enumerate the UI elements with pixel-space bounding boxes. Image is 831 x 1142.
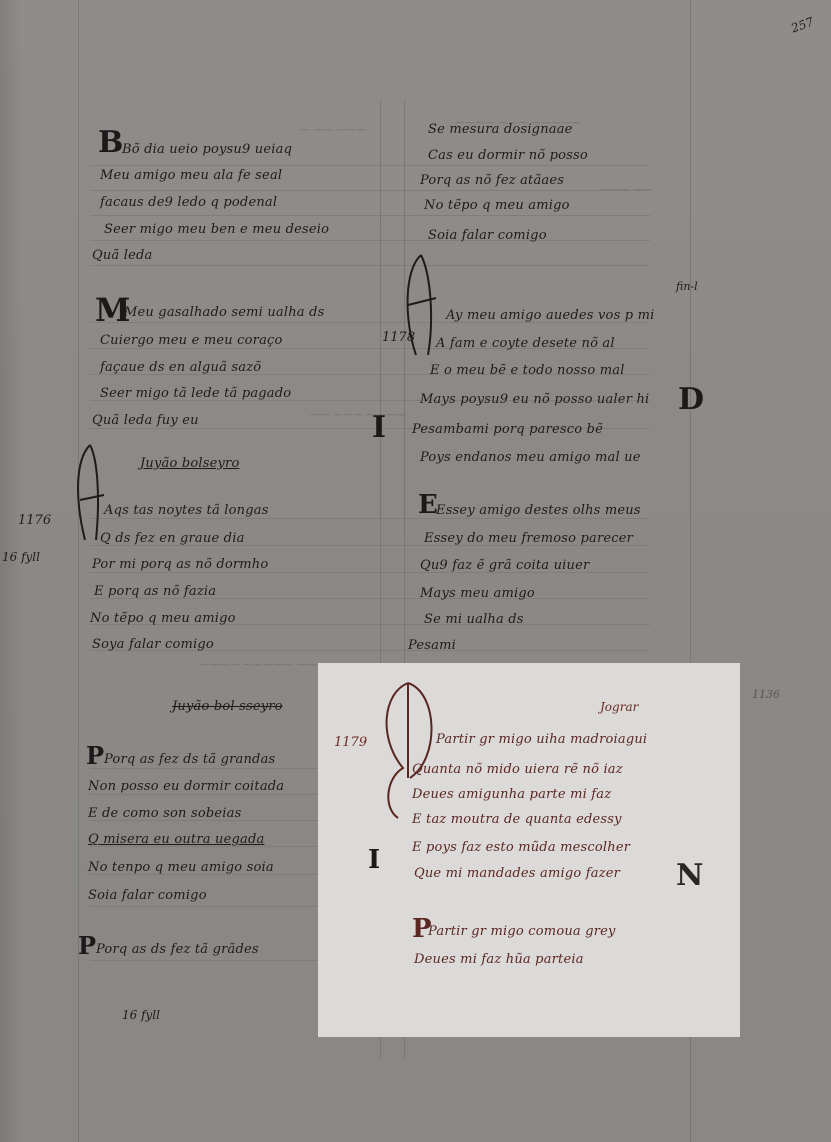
poem-line: Non posso eu dormir coitada [88,779,284,794]
poem-line: Seer migo meu ben e meu deseio [104,222,329,237]
poem-line: Deues mi faz hũa parteia [414,952,584,967]
poem-line: E de como son sobeias [88,806,241,821]
ruling-line [90,518,650,519]
poem-line: Cuiergo meu e meu coraço [100,333,283,348]
poem-line: No tenpo q meu amigo soia [88,860,274,875]
poem-line: Por mi porq as nõ dormho [92,557,268,572]
poem-line: No tẽpo q meu amigo [90,611,236,626]
poem-line: Quanta nõ mido uiera rẽ nõ iaz [412,762,623,777]
initial-P: P [86,744,104,768]
poem-line: Aqs tas noytes tã longas [104,503,269,518]
initial-B: B [98,128,123,158]
ruling-line [90,240,650,241]
poem-line: Q ds fez en graue dia [100,531,245,546]
poem-line: E poys faz esto mũda mescolher [412,840,630,855]
bleed-through-text: ⁓⁓ ⁓⁓⁓ ⁓⁓⁓⁓ [310,410,406,421]
poem-line: Seer migo tã lede tã pagado [100,386,291,401]
poem-line: Mays meu amigo [420,586,535,601]
poem-line: Que mi mandades amigo fazer [414,866,620,881]
bleed-through-text: ⁓⁓⁓⁓ ⁓⁓⁓⁓⁓ ⁓⁓⁓ [200,660,326,671]
poem-line: Bõ dia ueio poysu9 ueiaq [122,142,292,157]
margin-note: 16 fyll [2,550,40,564]
ruling-line [90,190,650,191]
poem-line: Q misera eu outra uegada [88,832,264,847]
poem-line: Qu9 faz ẽ grã coita uiuer [420,558,589,573]
initial-P: P [78,934,96,958]
poem-number: 1179 [334,735,367,750]
decorated-initial-P [378,678,438,828]
footer-note: 16 fyll [122,1008,160,1022]
poem-line: Pesami [408,638,456,653]
ruling-line [90,165,650,166]
margin-initial-N: N [676,858,703,893]
initial-E: E [418,492,438,518]
poem-line: Partir gr migo uiha madroiagui [436,732,647,747]
poem-line: facaus de9 ledo q podenal [100,195,277,210]
poem-line: E taz moutra de quanta edessy [412,812,622,827]
margin-note: Jograr [600,700,638,714]
poem-line: Quã leda fuy eu [92,413,199,428]
margin-line [78,0,79,1142]
poem-line: Porq as ds fez tã grãdes [96,942,259,957]
poem-line: Soia falar comigo [428,228,547,243]
folio-number: 257 [789,15,815,36]
bracket-mark-I: I [368,845,380,875]
poem-line: Porq as nõ fez atãaes [420,173,564,188]
poem-line: Mays poysu9 eu nõ posso ualer hi [420,392,649,407]
poem-line: façaue ds en alguã sazõ [100,360,261,375]
poem-line: E porq as nõ fazia [94,584,216,599]
poem-line: Ay meu amigo auedes vos p mi [446,308,655,323]
margin-note: fin-l [676,280,698,293]
manuscript-page: ⁓ ⁓⁓ ⁓⁓⁓ ⁓⁓⁓⁓ ⁓⁓⁓ ⁓⁓⁓⁓⁓ ⁓⁓⁓ ⁓⁓ ⁓⁓ ⁓⁓⁓ ⁓⁓… [0,0,831,1142]
poem-line: Meu gasalhado semi ualha ds [124,305,324,320]
poem-line: Meu amigo meu ala fe seal [100,168,282,183]
margin-initial-D: D [678,382,704,417]
bracket-mark-I: I [372,410,386,445]
author-name-struck: Juyão bol sseyro [172,699,283,714]
poem-line: Se mi ualha ds [424,612,524,627]
poem-line: Soia falar comigo [88,888,207,903]
ruling-line [90,265,650,266]
poem-line: Deues amigunha parte mi faz [412,787,611,802]
margin-note: 1136 [752,688,780,701]
poem-line: Essey amigo destes olhs meus [436,503,641,518]
poem-line: Pesambami porq paresco bẽ [412,422,603,437]
poem-number: 1176 [18,513,51,528]
poem-line: Quã leda [92,248,152,263]
poem-line: Cas eu dormir nõ posso [428,148,588,163]
poem-number: 1178 [382,330,415,345]
poem-line: E o meu bẽ e todo nosso mal [430,363,625,378]
poem-line: Soya falar comigo [92,637,214,652]
poem-line: A fam e coyte desete nõ al [436,336,615,351]
poem-line: Porq as fez ds tã grandas [104,752,275,767]
poem-line: No tẽpo q meu amigo [424,198,570,213]
bleed-through-text: ⁓⁓⁓ ⁓⁓ [600,185,653,196]
ruling-line [90,215,650,216]
poem-line: Se mesura dosignaae [428,122,573,137]
bleed-through-text: ⁓ ⁓⁓ ⁓⁓⁓ [300,125,366,136]
poem-line: Poys endanos meu amigo mal ue [420,450,641,465]
poem-line: Essey do meu fremoso parecer [424,531,633,546]
author-name: Juyão bolseyro [140,456,240,471]
poem-line: Partir gr migo comoua grey [428,924,616,939]
